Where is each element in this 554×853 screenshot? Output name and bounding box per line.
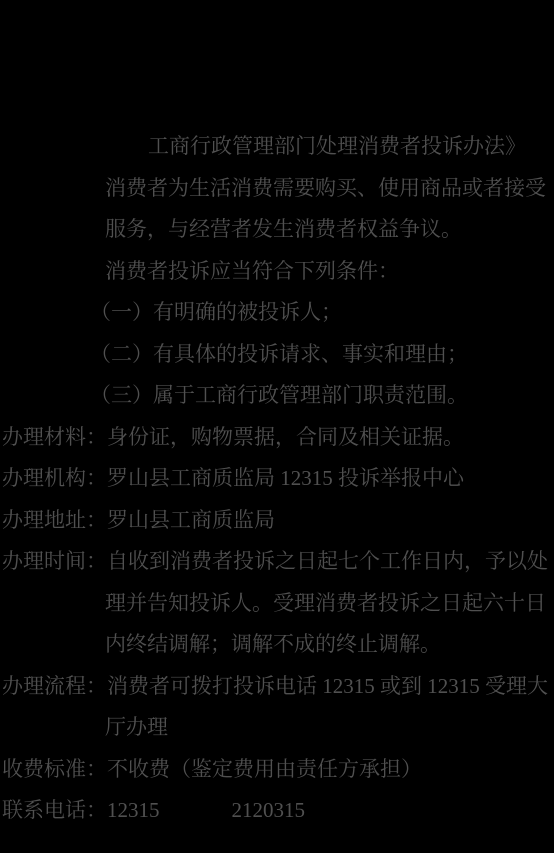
- document-page: 工商行政管理部门处理消费者投诉办法》 消费者为生活消费需要购买、使用商品或者接受…: [0, 126, 554, 832]
- intro-line-1: 消费者为生活消费需要购买、使用商品或者接受: [0, 168, 554, 210]
- field-time-value-line-3: 内终结调解；调解不成的终止调解。: [0, 624, 554, 666]
- field-materials-value: 身份证，购物票据，合同及相关证据。: [107, 425, 464, 449]
- contact-phone-hotline: 12315: [107, 798, 160, 822]
- condition-item-1: （一）有明确的被投诉人；: [0, 292, 554, 334]
- field-fee-label: 收费标准：: [2, 757, 107, 781]
- field-time: 办理时间：自收到消费者投诉之日起七个工作日内，予以处: [0, 541, 554, 583]
- field-address: 办理地址：罗山县工商质监局: [0, 500, 554, 542]
- field-agency-label: 办理机构：: [2, 466, 107, 490]
- field-address-value: 罗山县工商质监局: [107, 508, 275, 532]
- field-contact-label: 联系电话：: [2, 798, 107, 822]
- field-agency-value: 罗山县工商质监局 12315 投诉举报中心: [107, 466, 464, 490]
- intro-line-3: 消费者投诉应当符合下列条件：: [0, 251, 554, 293]
- document-title: 工商行政管理部门处理消费者投诉办法》: [0, 126, 554, 168]
- condition-item-2: （二）有具体的投诉请求、事实和理由；: [0, 334, 554, 376]
- field-agency: 办理机构：罗山县工商质监局 12315 投诉举报中心: [0, 458, 554, 500]
- field-process-value-line-1: 消费者可拨打投诉电话 12315 或到 12315 受理大: [107, 674, 548, 698]
- field-time-value-line-2: 理并告知投诉人。受理消费者投诉之日起六十日: [0, 583, 554, 625]
- field-process: 办理流程：消费者可拨打投诉电话 12315 或到 12315 受理大: [0, 666, 554, 708]
- field-time-value-line-1: 自收到消费者投诉之日起七个工作日内，予以处: [107, 549, 548, 573]
- field-contact: 联系电话：123152120315: [0, 790, 554, 832]
- field-materials: 办理材料：身份证，购物票据，合同及相关证据。: [0, 417, 554, 459]
- field-process-value-line-2: 厅办理: [0, 707, 554, 749]
- field-fee: 收费标准：不收费（鉴定费用由责任方承担）: [0, 749, 554, 791]
- contact-phone-local: 2120315: [232, 798, 306, 822]
- intro-line-2: 服务，与经营者发生消费者权益争议。: [0, 209, 554, 251]
- field-time-label: 办理时间：: [2, 549, 107, 573]
- field-materials-label: 办理材料：: [2, 425, 107, 449]
- field-address-label: 办理地址：: [2, 508, 107, 532]
- condition-item-3: （三）属于工商行政管理部门职责范围。: [0, 375, 554, 417]
- field-process-label: 办理流程：: [2, 674, 107, 698]
- field-fee-value: 不收费（鉴定费用由责任方承担）: [107, 757, 422, 781]
